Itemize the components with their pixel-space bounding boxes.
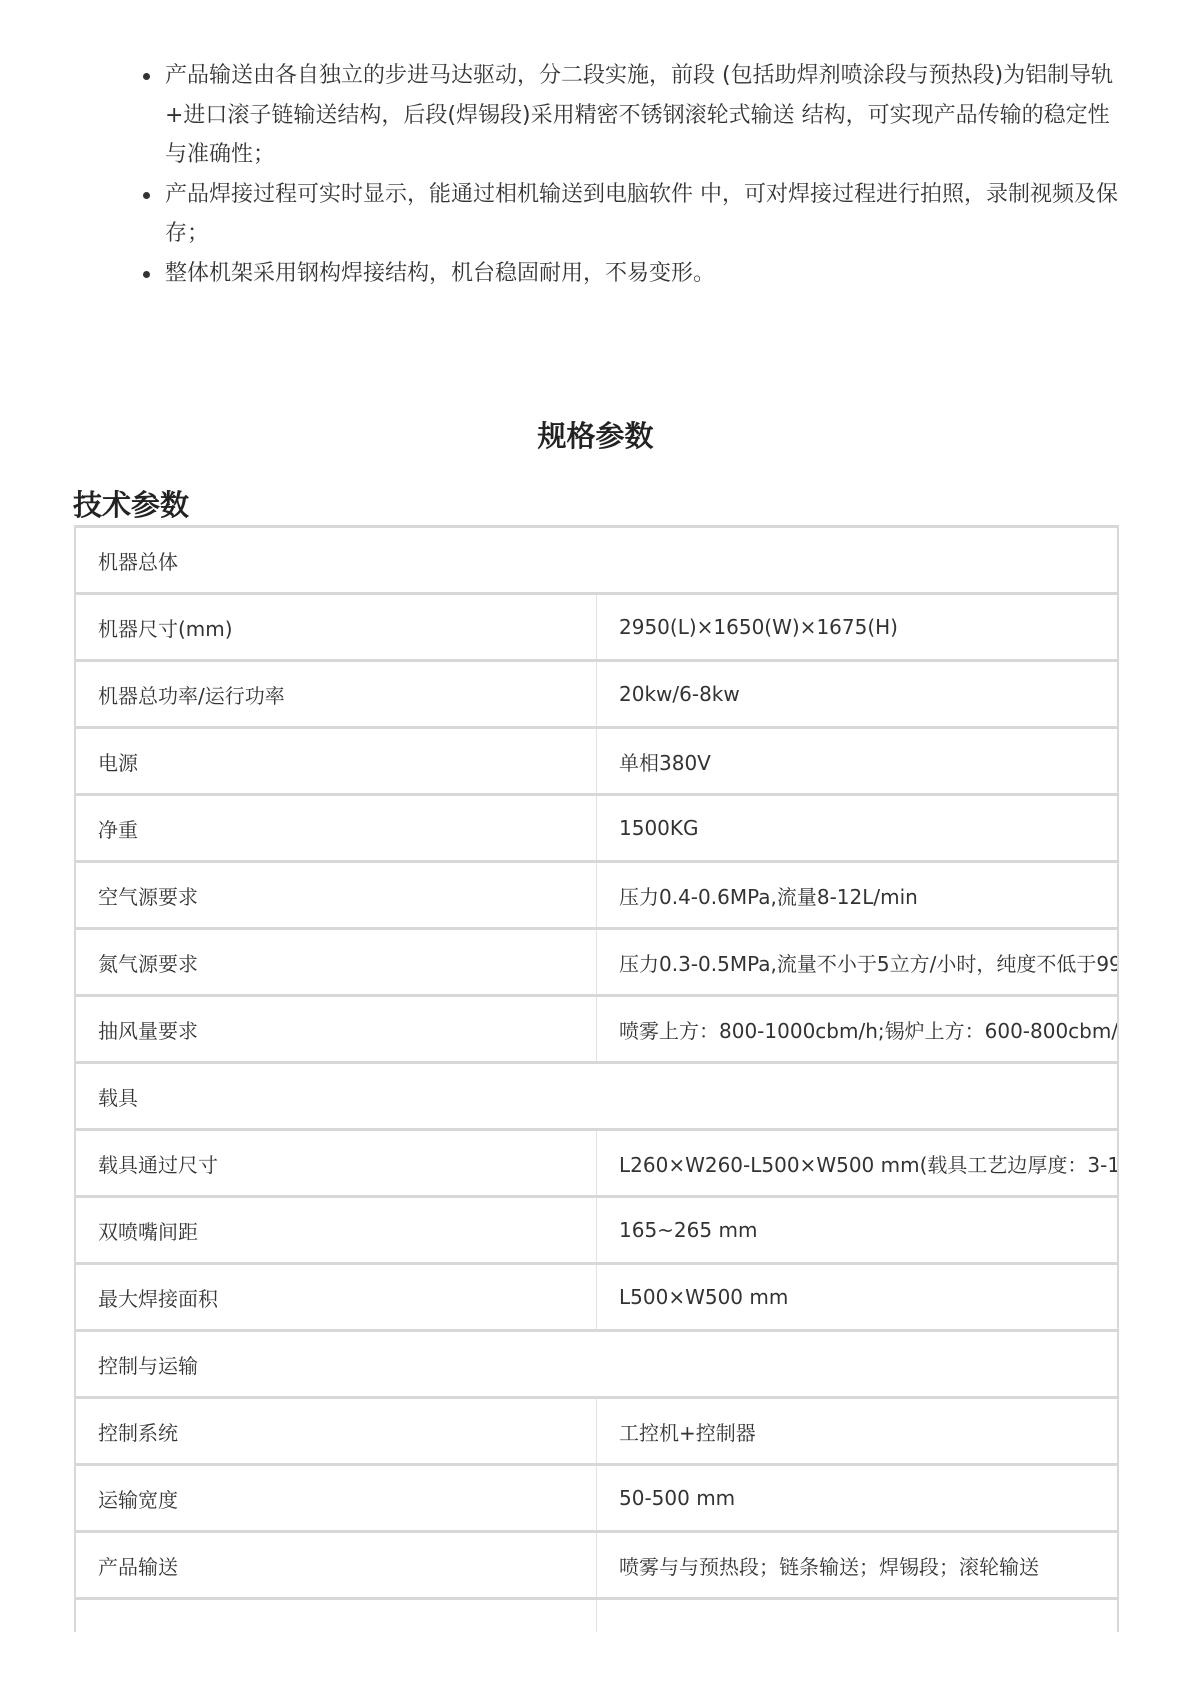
param-value: 单相380V (597, 728, 1118, 795)
param-name: 机器总功率/运行功率 (76, 661, 597, 728)
section-label: 载具 (76, 1063, 1117, 1130)
tech-params-heading: 技术参数 (73, 483, 189, 524)
param-name: 氮气源要求 (76, 929, 597, 996)
table-row: 机器尺寸(mm)2950(L)×1650(W)×1675(H) (76, 594, 1117, 661)
param-value: 2950(L)×1650(W)×1675(H) (597, 594, 1118, 661)
param-name: 运输宽度 (76, 1465, 597, 1532)
feature-item: 产品输送由各自独立的步进马达驱动，分二段实施，前段 (包括助焊剂喷涂段与预热段)… (143, 56, 1123, 175)
spec-section-title: 规格参数 (0, 414, 1191, 455)
table-row: 电源单相380V (76, 728, 1117, 795)
param-name: 双喷嘴间距 (76, 1197, 597, 1264)
feature-item: 产品焊接过程可实时显示，能通过相机输送到电脑软件 中，可对焊接过程进行拍照，录制… (143, 175, 1123, 254)
param-value: 165~265 mm (597, 1197, 1118, 1264)
spec-table: 机器总体 机器尺寸(mm)2950(L)×1650(W)×1675(H) 机器总… (76, 525, 1117, 1632)
table-row: 产品输送喷雾与与预热段；链条输送；焊锡段；滚轮输送 (76, 1532, 1117, 1599)
table-row: 净重1500KG (76, 795, 1117, 862)
feature-text: 产品输送由各自独立的步进马达驱动，分二段实施，前段 (包括助焊剂喷涂段与预热段)… (165, 63, 1113, 167)
param-value: L260×W260-L500×W500 mm(载具工艺边厚度：3-10mm) (597, 1130, 1118, 1197)
param-name: 产品输送 (76, 1532, 597, 1599)
table-row: 抽风量要求喷雾上方：800-1000cbm/h;锡炉上方：600-800cbm/… (76, 996, 1117, 1063)
param-name: 净重 (76, 795, 597, 862)
spec-table-container: 机器总体 机器尺寸(mm)2950(L)×1650(W)×1675(H) 机器总… (74, 525, 1119, 1632)
param-name: 控制系统 (76, 1398, 597, 1465)
bullet-icon (143, 271, 150, 278)
param-value: 喷雾上方：800-1000cbm/h;锡炉上方：600-800cbm/h (597, 996, 1118, 1063)
param-name (76, 1599, 597, 1633)
section-label: 机器总体 (76, 527, 1117, 594)
bullet-icon (143, 73, 150, 80)
table-section-row: 控制与运输 (76, 1331, 1117, 1398)
section-label: 控制与运输 (76, 1331, 1117, 1398)
table-row: 氮气源要求压力0.3-0.5MPa,流量不小于5立方/小时，纯度不低于99.99… (76, 929, 1117, 996)
param-value: 压力0.3-0.5MPa,流量不小于5立方/小时，纯度不低于99.998% (597, 929, 1118, 996)
feature-item: 整体机架采用钢构焊接结构，机台稳固耐用，不易变形。 (143, 254, 1123, 294)
table-row (76, 1599, 1117, 1633)
param-name: 空气源要求 (76, 862, 597, 929)
param-value: 20kw/6-8kw (597, 661, 1118, 728)
table-row: 机器总功率/运行功率20kw/6-8kw (76, 661, 1117, 728)
param-name: 机器尺寸(mm) (76, 594, 597, 661)
table-row: 最大焊接面积L500×W500 mm (76, 1264, 1117, 1331)
table-row: 空气源要求压力0.4-0.6MPa,流量8-12L/min (76, 862, 1117, 929)
param-value: 压力0.4-0.6MPa,流量8-12L/min (597, 862, 1118, 929)
table-section-row: 载具 (76, 1063, 1117, 1130)
feature-text: 产品焊接过程可实时显示，能通过相机输送到电脑软件 中，可对焊接过程进行拍照，录制… (165, 182, 1118, 247)
table-row: 运输宽度50-500 mm (76, 1465, 1117, 1532)
param-name: 最大焊接面积 (76, 1264, 597, 1331)
table-row: 双喷嘴间距165~265 mm (76, 1197, 1117, 1264)
param-name: 电源 (76, 728, 597, 795)
param-name: 载具通过尺寸 (76, 1130, 597, 1197)
table-row: 控制系统工控机+控制器 (76, 1398, 1117, 1465)
param-value: 喷雾与与预热段；链条输送；焊锡段；滚轮输送 (597, 1532, 1118, 1599)
table-row: 载具通过尺寸L260×W260-L500×W500 mm(载具工艺边厚度：3-1… (76, 1130, 1117, 1197)
param-value: 工控机+控制器 (597, 1398, 1118, 1465)
param-value: L500×W500 mm (597, 1264, 1118, 1331)
param-value: 50-500 mm (597, 1465, 1118, 1532)
param-value: 1500KG (597, 795, 1118, 862)
param-name: 抽风量要求 (76, 996, 597, 1063)
feature-text: 整体机架采用钢构焊接结构，机台稳固耐用，不易变形。 (165, 261, 715, 286)
table-section-row: 机器总体 (76, 527, 1117, 594)
param-value (597, 1599, 1118, 1633)
bullet-icon (143, 192, 150, 199)
feature-list: 产品输送由各自独立的步进马达驱动，分二段实施，前段 (包括助焊剂喷涂段与预热段)… (143, 56, 1123, 293)
